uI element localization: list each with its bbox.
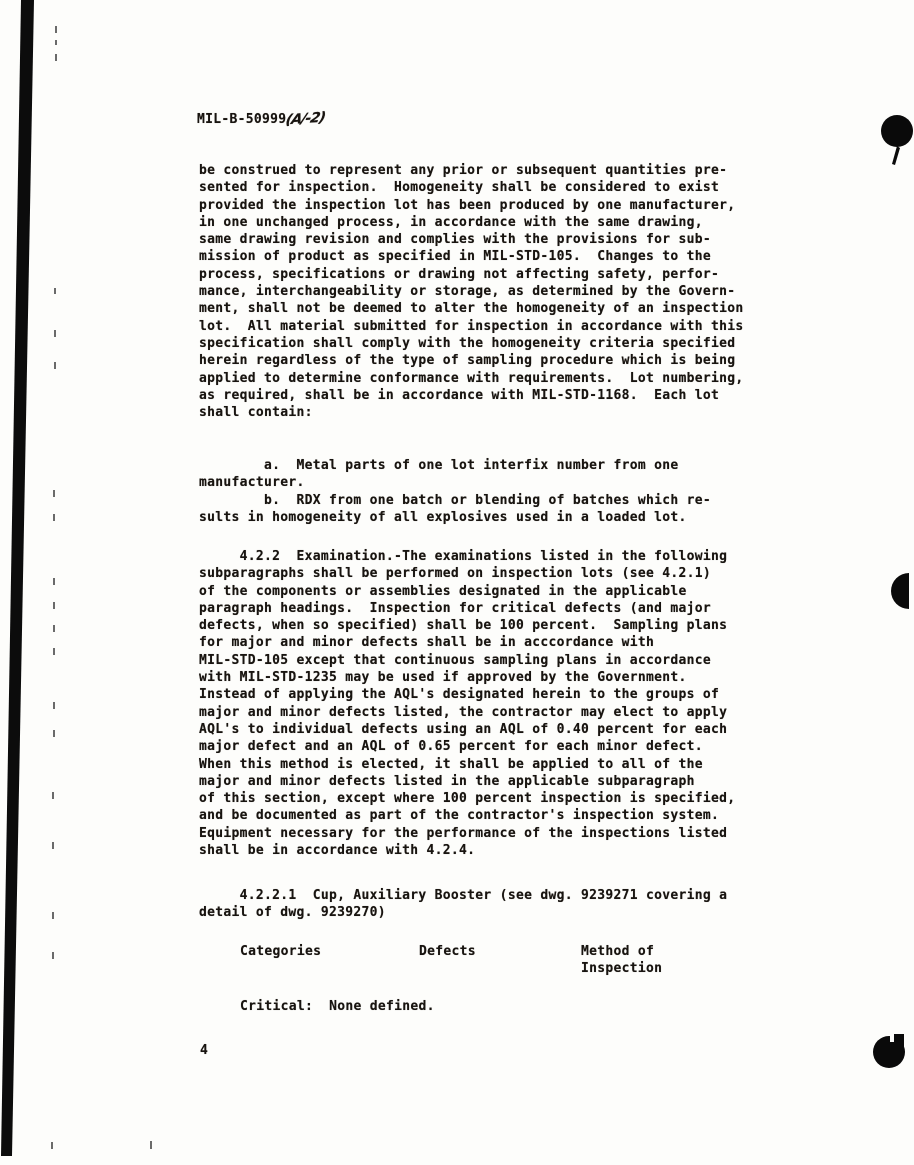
list-items-a-b: a. Metal parts of one lot interfix numbe… — [199, 457, 711, 526]
text-line: Equipment necessary for the performance … — [199, 825, 735, 842]
scan-left-bar — [1, 0, 34, 1156]
text-line: major and minor defects listed in the ap… — [199, 773, 735, 790]
text-line: shall be in accordance with 4.2.4. — [199, 842, 735, 859]
text-line: sented for inspection. Homogeneity shall… — [199, 179, 744, 196]
text-line: and be documented as part of the contrac… — [199, 807, 735, 824]
text-line: shall contain: — [199, 404, 744, 421]
paragraph-4-2-2-1-cup-auxiliary-booster: 4.2.2.1 Cup, Auxiliary Booster (see dwg.… — [199, 887, 727, 922]
document-page: MIL-B-50999(A/-2) be construed to repres… — [0, 0, 914, 1165]
text-line: MIL-STD-105 except that continuous sampl… — [199, 652, 735, 669]
text-line: applied to determine conformance with re… — [199, 370, 744, 387]
scan-blob-top — [881, 115, 913, 165]
text-line: of this section, except where 100 percen… — [199, 790, 735, 807]
row-critical-label: Critical: — [240, 999, 313, 1014]
text-line: process, specifications or drawing not a… — [199, 266, 744, 283]
text-line: mission of product as specified in MIL-S… — [199, 248, 744, 265]
scan-blob-middle — [891, 570, 914, 614]
text-line: 4.2.2.1 Cup, Auxiliary Booster (see dwg.… — [199, 887, 727, 904]
text-line: a. Metal parts of one lot interfix numbe… — [199, 457, 711, 474]
text-line: same drawing revision and complies with … — [199, 231, 744, 248]
text-line: lot. All material submitted for inspecti… — [199, 318, 744, 335]
text-line: as required, shall be in accordance with… — [199, 387, 744, 404]
text-line: for major and minor defects shall be in … — [199, 634, 735, 651]
text-line: AQL's to individual defects using an AQL… — [199, 721, 735, 738]
text-line: provided the inspection lot has been pro… — [199, 197, 744, 214]
row-critical-value: None defined. — [329, 999, 435, 1014]
text-line: sults in homogeneity of all explosives u… — [199, 509, 711, 526]
paragraph-homogeneity: be construed to represent any prior or s… — [199, 162, 744, 421]
paragraph-4-2-2-examination: 4.2.2 Examination.-The examinations list… — [199, 548, 735, 859]
doc-number-handwritten-annotation: (A/-2) — [285, 110, 327, 130]
text-line: defects, when so specified) shall be 100… — [199, 617, 735, 634]
doc-number-text: MIL-B-50999 — [197, 112, 286, 127]
text-line: paragraph headings. Inspection for criti… — [199, 600, 735, 617]
scan-blob-bottom — [873, 1029, 905, 1068]
doc-number: MIL-B-50999(A/-2) — [197, 111, 325, 128]
text-line: subparagraphs shall be performed on insp… — [199, 565, 735, 582]
table-header-categories: Categories — [240, 943, 321, 960]
text-line: herein regardless of the type of samplin… — [199, 352, 744, 369]
text-line: with MIL-STD-1235 may be used if approve… — [199, 669, 735, 686]
text-line: mance, interchangeability or storage, as… — [199, 283, 744, 300]
text-line: b. RDX from one batch or blending of bat… — [199, 492, 711, 509]
text-line: ment, shall not be deemed to alter the h… — [199, 300, 744, 317]
text-line: of the components or assemblies designat… — [199, 583, 735, 600]
text-line: in one unchanged process, in accordance … — [199, 214, 744, 231]
text-line: major defect and an AQL of 0.65 percent … — [199, 738, 735, 755]
text-line: 4.2.2 Examination.-The examinations list… — [199, 548, 735, 565]
text-line: Instead of applying the AQL's designated… — [199, 686, 735, 703]
table-row: Critical:None defined. — [240, 998, 435, 1015]
text-line: specification shall comply with the homo… — [199, 335, 744, 352]
page-number: 4 — [200, 1042, 208, 1059]
scan-margin-ticks — [51, 26, 152, 1149]
text-line: detail of dwg. 9239270) — [199, 904, 727, 921]
table-header-defects: Defects — [419, 943, 476, 960]
text-line: When this method is elected, it shall be… — [199, 756, 735, 773]
text-line: major and minor defects listed, the cont… — [199, 704, 735, 721]
table-header-method-of-inspection: Method of Inspection — [581, 943, 671, 978]
text-line: manufacturer. — [199, 474, 711, 491]
text-line: be construed to represent any prior or s… — [199, 162, 744, 179]
